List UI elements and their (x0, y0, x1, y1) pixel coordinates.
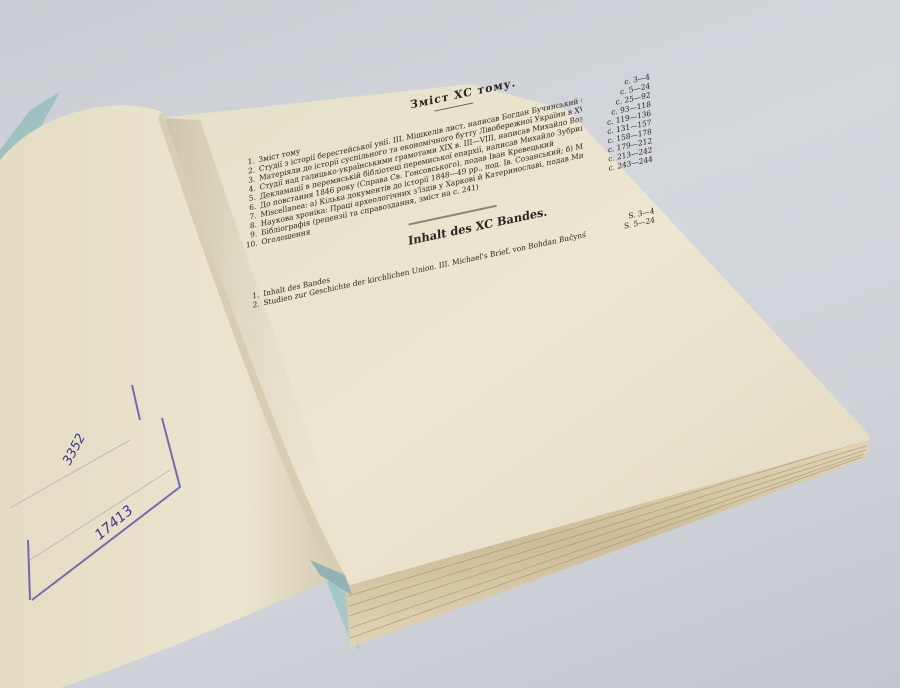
book-photo: 3352 17413 Зміст XC тому. 1.Зміст томус.… (0, 0, 900, 688)
